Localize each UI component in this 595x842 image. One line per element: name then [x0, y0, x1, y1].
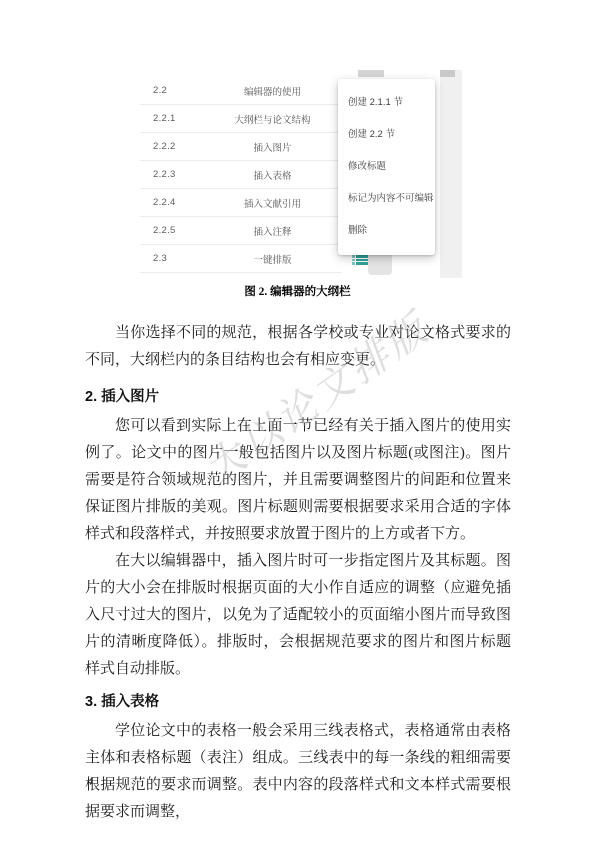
figure-caption: 图 2. 编辑器的大纲栏	[0, 283, 595, 299]
outline-row: 2.3 一键排版	[140, 245, 342, 273]
outline-row-number: 2.2.2	[140, 141, 203, 152]
outline-row: 2.2.4 插入文献引用	[140, 189, 342, 217]
context-menu: 创建 2.1.1 节 创建 2.2 节 修改标题 标记为内容不可编辑 删除	[338, 79, 435, 255]
paragraph-insert-image-2: 在大以编辑器中，插入图片时可一步指定图片及其标题。图片的大小会在排版时根据页面的…	[85, 548, 511, 683]
menu-item-create-subsection: 创建 2.1.1 节	[338, 87, 435, 119]
outline-row-title: 插入注释	[203, 224, 342, 238]
outline-row-title: 大纲栏与论文结构	[203, 112, 342, 126]
menu-item-mark-noneditable: 标记为内容不可编辑	[338, 183, 435, 215]
menu-item-delete: 删除	[338, 215, 435, 247]
section-heading-insert-table: 3. 插入表格	[85, 693, 511, 711]
figure-outline-screenshot: 2.2 编辑器的使用 2.2.1 大纲栏与论文结构 2.2.2 插入图片 2.2…	[140, 70, 462, 278]
outline-row: 2.2.2 插入图片	[140, 133, 342, 161]
document-page: 2.2 编辑器的使用 2.2.1 大纲栏与论文结构 2.2.2 插入图片 2.2…	[0, 0, 595, 842]
outline-row-title: 编辑器的使用	[203, 84, 342, 98]
list-icon	[352, 255, 369, 266]
outline-table: 2.2 编辑器的使用 2.2.1 大纲栏与论文结构 2.2.2 插入图片 2.2…	[140, 77, 342, 273]
outline-row-title: 插入表格	[203, 168, 342, 182]
outline-row-number: 2.2.4	[140, 197, 203, 208]
outline-row: 2.2.5 插入注释	[140, 217, 342, 245]
figure-toolbar-fragment	[358, 70, 384, 77]
outline-row: 2.2 编辑器的使用	[140, 77, 342, 105]
outline-row-number: 2.2.1	[140, 113, 203, 124]
outline-row-title: 插入图片	[203, 140, 342, 154]
body-content: 当你选择不同的规范，根据各学校或专业对论文格式要求的不同，大纲栏内的条目结构也会…	[85, 320, 511, 826]
outline-row: 2.2.1 大纲栏与论文结构	[140, 105, 342, 133]
figure-toolbar-fragment	[440, 70, 455, 77]
paragraph-outline-note: 当你选择不同的规范，根据各学校或专业对论文格式要求的不同，大纲栏内的条目结构也会…	[85, 320, 511, 374]
outline-row-number: 2.2.5	[140, 225, 203, 236]
paragraph-insert-image-1: 您可以看到实际上在上面一节已经有关于插入图片的使用实例了。论文中的图片一般包括图…	[85, 413, 511, 548]
outline-row-number: 2.2.3	[140, 169, 203, 180]
outline-row-title: 一键排版	[203, 252, 342, 266]
menu-item-edit-title: 修改标题	[338, 151, 435, 183]
outline-row-title: 插入文献引用	[203, 196, 342, 210]
paragraph-insert-table-1: 学位论文中的表格一般会采用三线表格式，表格通常由表格主体和表格标题（表注）组成。…	[85, 718, 511, 826]
outline-row: 2.2.3 插入表格	[140, 161, 342, 189]
figure-right-panel-fragment	[440, 70, 462, 278]
outline-row-number: 2.3	[140, 253, 203, 264]
section-heading-insert-image: 2. 插入图片	[85, 388, 511, 406]
outline-row-number: 2.2	[140, 85, 203, 96]
menu-item-create-section: 创建 2.2 节	[338, 119, 435, 151]
